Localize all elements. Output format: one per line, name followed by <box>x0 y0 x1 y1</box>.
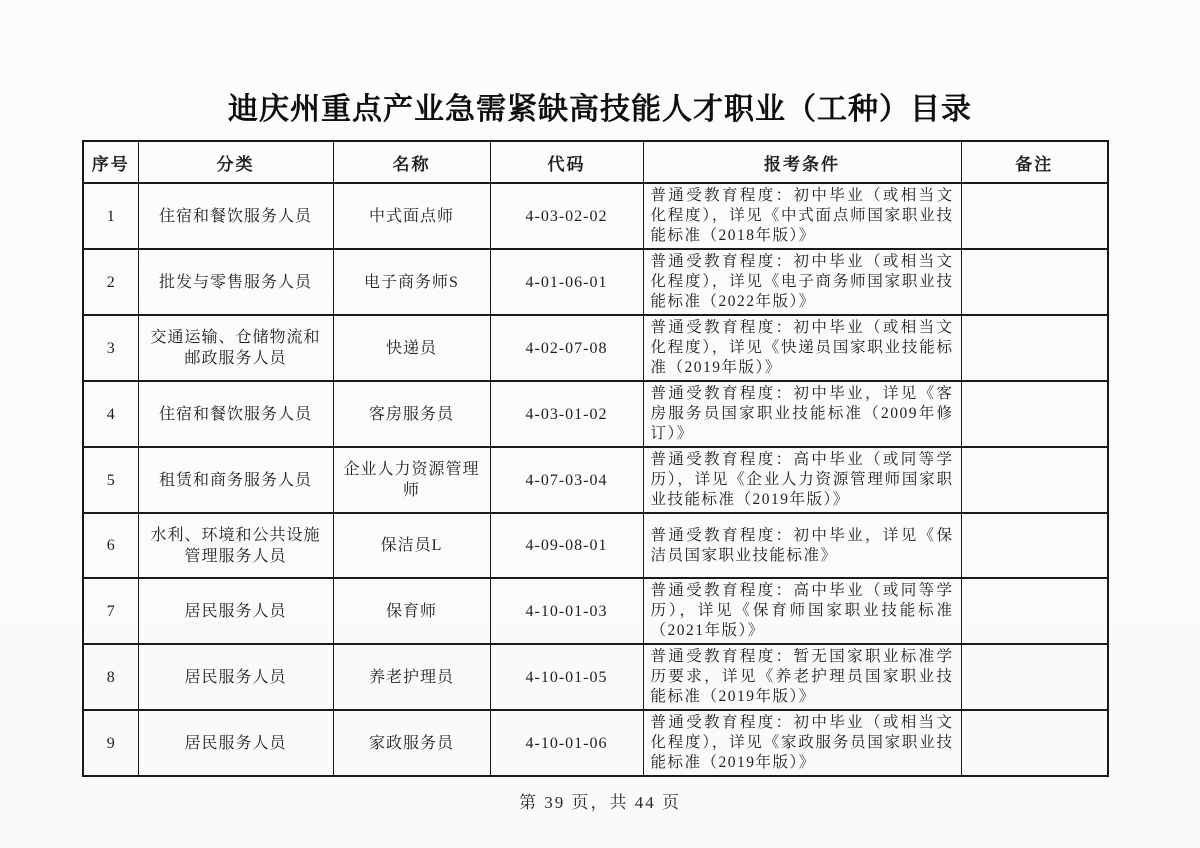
cell-name: 保洁员L <box>333 513 490 578</box>
cell-serial-number: 9 <box>83 710 138 776</box>
table-row: 9 居民服务人员 家政服务员 4-10-01-06 普通受教育程度：初中毕业（或… <box>83 710 1108 776</box>
cell-remark <box>961 249 1108 315</box>
cell-remark <box>961 513 1108 578</box>
cell-name: 企业人力资源管理师 <box>333 447 490 513</box>
cell-category: 水利、环境和公共设施管理服务人员 <box>138 513 333 578</box>
cell-code: 4-01-06-01 <box>490 249 643 315</box>
table-row: 3 交通运输、仓储物流和邮政服务人员 快递员 4-02-07-08 普通受教育程… <box>83 315 1108 381</box>
table-row: 8 居民服务人员 养老护理员 4-10-01-05 普通受教育程度：暂无国家职业… <box>83 644 1108 710</box>
cell-code: 4-03-01-02 <box>490 381 643 447</box>
cell-name: 快递员 <box>333 315 490 381</box>
cell-serial-number: 4 <box>83 381 138 447</box>
cell-name: 养老护理员 <box>333 644 490 710</box>
cell-serial-number: 2 <box>83 249 138 315</box>
cell-category: 住宿和餐饮服务人员 <box>138 381 333 447</box>
cell-condition: 普通受教育程度：初中毕业，详见《保洁员国家职业技能标准》 <box>643 513 961 578</box>
cell-serial-number: 8 <box>83 644 138 710</box>
cell-remark <box>961 644 1108 710</box>
table-row: 4 住宿和餐饮服务人员 客房服务员 4-03-01-02 普通受教育程度：初中毕… <box>83 381 1108 447</box>
cell-remark <box>961 315 1108 381</box>
cell-category: 租赁和商务服务人员 <box>138 447 333 513</box>
cell-serial-number: 7 <box>83 578 138 644</box>
cell-condition: 普通受教育程度：初中毕业（或相当文化程度），详见《中式面点师国家职业技能标准（2… <box>643 183 961 249</box>
cell-category: 交通运输、仓储物流和邮政服务人员 <box>138 315 333 381</box>
header-备注: 备注 <box>961 141 1108 183</box>
header-分类: 分类 <box>138 141 333 183</box>
cell-remark <box>961 578 1108 644</box>
cell-category: 居民服务人员 <box>138 710 333 776</box>
page-number-footer: 第 39 页，共 44 页 <box>0 788 1200 813</box>
cell-condition: 普通受教育程度：初中毕业，详见《客房服务员国家职业技能标准（2009年修订）》 <box>643 381 961 447</box>
cell-serial-number: 1 <box>83 183 138 249</box>
cell-category: 批发与零售服务人员 <box>138 249 333 315</box>
cell-serial-number: 5 <box>83 447 138 513</box>
cell-name: 家政服务员 <box>333 710 490 776</box>
cell-code: 4-10-01-06 <box>490 710 643 776</box>
cell-serial-number: 3 <box>83 315 138 381</box>
cell-condition: 普通受教育程度：高中毕业（或同等学历），详见《保育师国家职业技能标准（2021年… <box>643 578 961 644</box>
cell-category: 居民服务人员 <box>138 644 333 710</box>
cell-serial-number: 6 <box>83 513 138 578</box>
cell-category: 居民服务人员 <box>138 578 333 644</box>
cell-condition: 普通受教育程度：初中毕业（或相当文化程度），详见《电子商务师国家职业技能标准（2… <box>643 249 961 315</box>
header-报考条件: 报考条件 <box>643 141 961 183</box>
header-名称: 名称 <box>333 141 490 183</box>
table-row: 5 租赁和商务服务人员 企业人力资源管理师 4-07-03-04 普通受教育程度… <box>83 447 1108 513</box>
document-page: 迪庆州重点产业急需紧缺高技能人才职业（工种）目录 序号 分类 名称 代码 报考条… <box>0 0 1200 848</box>
cell-remark <box>961 381 1108 447</box>
cell-remark <box>961 447 1108 513</box>
cell-remark <box>961 710 1108 776</box>
header-序号: 序号 <box>83 141 138 183</box>
header-代码: 代码 <box>490 141 643 183</box>
cell-category: 住宿和餐饮服务人员 <box>138 183 333 249</box>
table-row: 1 住宿和餐饮服务人员 中式面点师 4-03-02-02 普通受教育程度：初中毕… <box>83 183 1108 249</box>
cell-code: 4-02-07-08 <box>490 315 643 381</box>
cell-condition: 普通受教育程度：高中毕业（或同等学历），详见《企业人力资源管理师国家职业技能标准… <box>643 447 961 513</box>
cell-name: 中式面点师 <box>333 183 490 249</box>
cell-code: 4-03-02-02 <box>490 183 643 249</box>
occupation-catalog-table: 序号 分类 名称 代码 报考条件 备注 1 住宿和餐饮服务人员 中式面点师 4-… <box>82 140 1109 777</box>
cell-code: 4-09-08-01 <box>490 513 643 578</box>
cell-remark <box>961 183 1108 249</box>
page-title: 迪庆州重点产业急需紧缺高技能人才职业（工种）目录 <box>0 84 1200 128</box>
cell-condition: 普通受教育程度：初中毕业（或相当文化程度），详见《快递员国家职业技能标准（201… <box>643 315 961 381</box>
cell-condition: 普通受教育程度：初中毕业（或相当文化程度），详见《家政服务员国家职业技能标准（2… <box>643 710 961 776</box>
cell-code: 4-10-01-05 <box>490 644 643 710</box>
table-header-row: 序号 分类 名称 代码 报考条件 备注 <box>83 141 1108 183</box>
cell-condition: 普通受教育程度：暂无国家职业标准学历要求，详见《养老护理员国家职业技能标准（20… <box>643 644 961 710</box>
table-row: 7 居民服务人员 保育师 4-10-01-03 普通受教育程度：高中毕业（或同等… <box>83 578 1108 644</box>
table-row: 6 水利、环境和公共设施管理服务人员 保洁员L 4-09-08-01 普通受教育… <box>83 513 1108 578</box>
cell-name: 客房服务员 <box>333 381 490 447</box>
cell-name: 电子商务师S <box>333 249 490 315</box>
table-row: 2 批发与零售服务人员 电子商务师S 4-01-06-01 普通受教育程度：初中… <box>83 249 1108 315</box>
cell-code: 4-07-03-04 <box>490 447 643 513</box>
cell-name: 保育师 <box>333 578 490 644</box>
table-body: 1 住宿和餐饮服务人员 中式面点师 4-03-02-02 普通受教育程度：初中毕… <box>83 183 1108 776</box>
cell-code: 4-10-01-03 <box>490 578 643 644</box>
